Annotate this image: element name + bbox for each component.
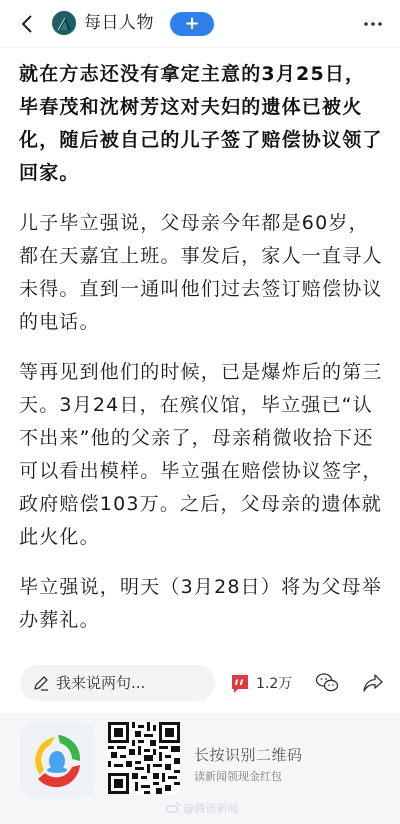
mountain-avatar-icon (52, 11, 76, 35)
article-paragraph: 毕立强说，明天（3月28日）将为父母举办葬礼。 (19, 571, 385, 637)
article-paragraph: 等再见到他们的时候，已是爆炸后的第三天。3月24日，在殡仪馆，毕立强已“认不出来… (19, 356, 385, 554)
qr-code[interactable] (108, 722, 180, 794)
qr-title: 长按识别二维码 (194, 745, 303, 765)
back-button[interactable] (18, 12, 38, 36)
article-paragraph: 就在方志还没有拿定主意的3月25日，毕春茂和沈树芳这对夫妇的遗体已被火化，随后被… (19, 58, 385, 190)
chevron-left-icon (18, 12, 38, 36)
pencil-icon (32, 674, 50, 692)
article-paragraph: 儿子毕立强说，父母亲今年都是60岁，都在天嘉宜上班。事发后，家人一直寻人未得。直… (19, 207, 385, 339)
channel-avatar[interactable] (52, 11, 76, 35)
more-options-button[interactable] (360, 14, 386, 34)
app-promo-footer: 长按识别二维码 读新闻领现金红包 @腾讯新闻 (0, 713, 400, 824)
qr-code-icon (108, 722, 180, 794)
wechat-icon (315, 672, 339, 694)
tencent-news-logo (20, 723, 94, 797)
comment-count: 1.2万 (256, 674, 292, 694)
weibo-icon (166, 802, 180, 813)
wechat-share-button[interactable] (315, 672, 339, 694)
qr-subtitle: 读新闻领现金红包 (194, 769, 282, 785)
top-nav-bar: 每日人物 + (0, 0, 400, 48)
follow-button[interactable]: + (170, 12, 214, 36)
article-body: 就在方志还没有拿定主意的3月25日，毕春茂和沈树芳这对夫妇的遗体已被火化，随后被… (19, 58, 385, 654)
comment-placeholder: 我来说两句... (56, 673, 145, 693)
watermark-text: @腾讯新闻 (184, 802, 239, 815)
channel-name[interactable]: 每日人物 (84, 11, 154, 35)
comment-bubble-icon (231, 674, 249, 694)
share-icon (362, 672, 384, 694)
share-button[interactable] (362, 672, 384, 694)
more-dots-icon (360, 14, 386, 34)
tencent-news-logo-icon (20, 723, 94, 797)
action-bar: 我来说两句... 1.2万 (0, 657, 400, 709)
watermark: @腾讯新闻 (166, 801, 239, 817)
comment-input[interactable]: 我来说两句... (20, 665, 215, 701)
